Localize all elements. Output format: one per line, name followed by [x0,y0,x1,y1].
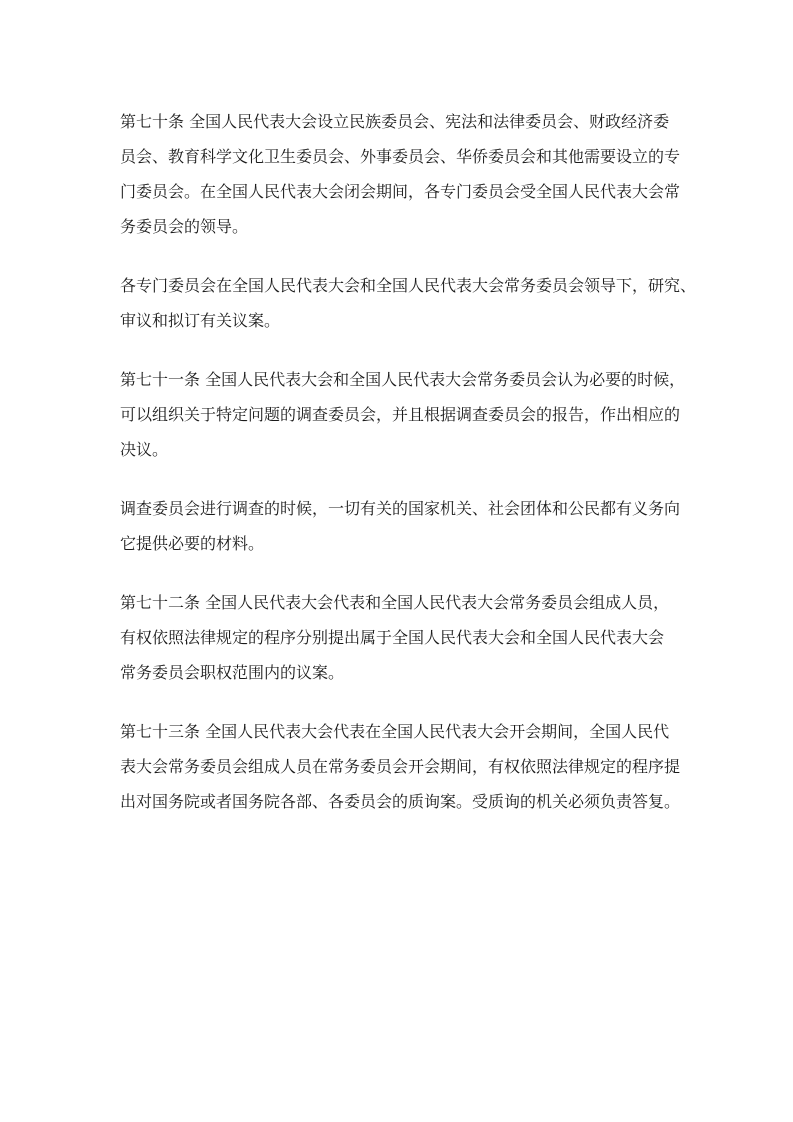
paragraph-article-72: 第七十二条 全国人民代表大会代表和全国人民代表大会常务委员会组成人员， 有权依照… [120,585,680,690]
text-line: 出对国务院或者国务院各部、各委员会的质询案。受质询的机关必须负责答复。 [120,784,680,819]
text-line: 它提供必要的材料。 [120,526,680,561]
text-line: 调查委员会进行调查的时候，一切有关的国家机关、社会团体和公民都有义务向 [120,491,680,526]
text-line: 表大会常务委员会组成人员在常务委员会开会期间，有权依照法律规定的程序提 [120,749,680,784]
text-line: 各专门委员会在全国人民代表大会和全国人民代表大会常务委员会领导下，研究、 [120,268,680,303]
paragraph-article-71-clause-2: 调查委员会进行调查的时候，一切有关的国家机关、社会团体和公民都有义务向 它提供必… [120,491,680,561]
text-line: 第七十一条 全国人民代表大会和全国人民代表大会常务委员会认为必要的时候， [120,362,680,397]
paragraph-article-70: 第七十条 全国人民代表大会设立民族委员会、宪法和法律委员会、财政经济委 员会、教… [120,104,680,244]
document-page: 第七十条 全国人民代表大会设立民族委员会、宪法和法律委员会、财政经济委 员会、教… [120,104,680,843]
text-line: 决议。 [120,432,680,467]
text-line: 可以组织关于特定问题的调查委员会，并且根据调查委员会的报告，作出相应的 [120,397,680,432]
text-line: 第七十二条 全国人民代表大会代表和全国人民代表大会常务委员会组成人员， [120,585,680,620]
paragraph-article-70-clause-2: 各专门委员会在全国人民代表大会和全国人民代表大会常务委员会领导下，研究、 审议和… [120,268,680,338]
text-line: 员会、教育科学文化卫生委员会、外事委员会、华侨委员会和其他需要设立的专 [120,139,680,174]
paragraph-article-73: 第七十三条 全国人民代表大会代表在全国人民代表大会开会期间，全国人民代 表大会常… [120,714,680,819]
text-line: 第七十条 全国人民代表大会设立民族委员会、宪法和法律委员会、财政经济委 [120,104,680,139]
text-line: 务委员会的领导。 [120,209,680,244]
paragraph-article-71: 第七十一条 全国人民代表大会和全国人民代表大会常务委员会认为必要的时候， 可以组… [120,362,680,467]
text-line: 常务委员会职权范围内的议案。 [120,655,680,690]
text-line: 审议和拟订有关议案。 [120,303,680,338]
text-line: 有权依照法律规定的程序分别提出属于全国人民代表大会和全国人民代表大会 [120,620,680,655]
text-line: 第七十三条 全国人民代表大会代表在全国人民代表大会开会期间，全国人民代 [120,714,680,749]
text-line: 门委员会。在全国人民代表大会闭会期间，各专门委员会受全国人民代表大会常 [120,174,680,209]
